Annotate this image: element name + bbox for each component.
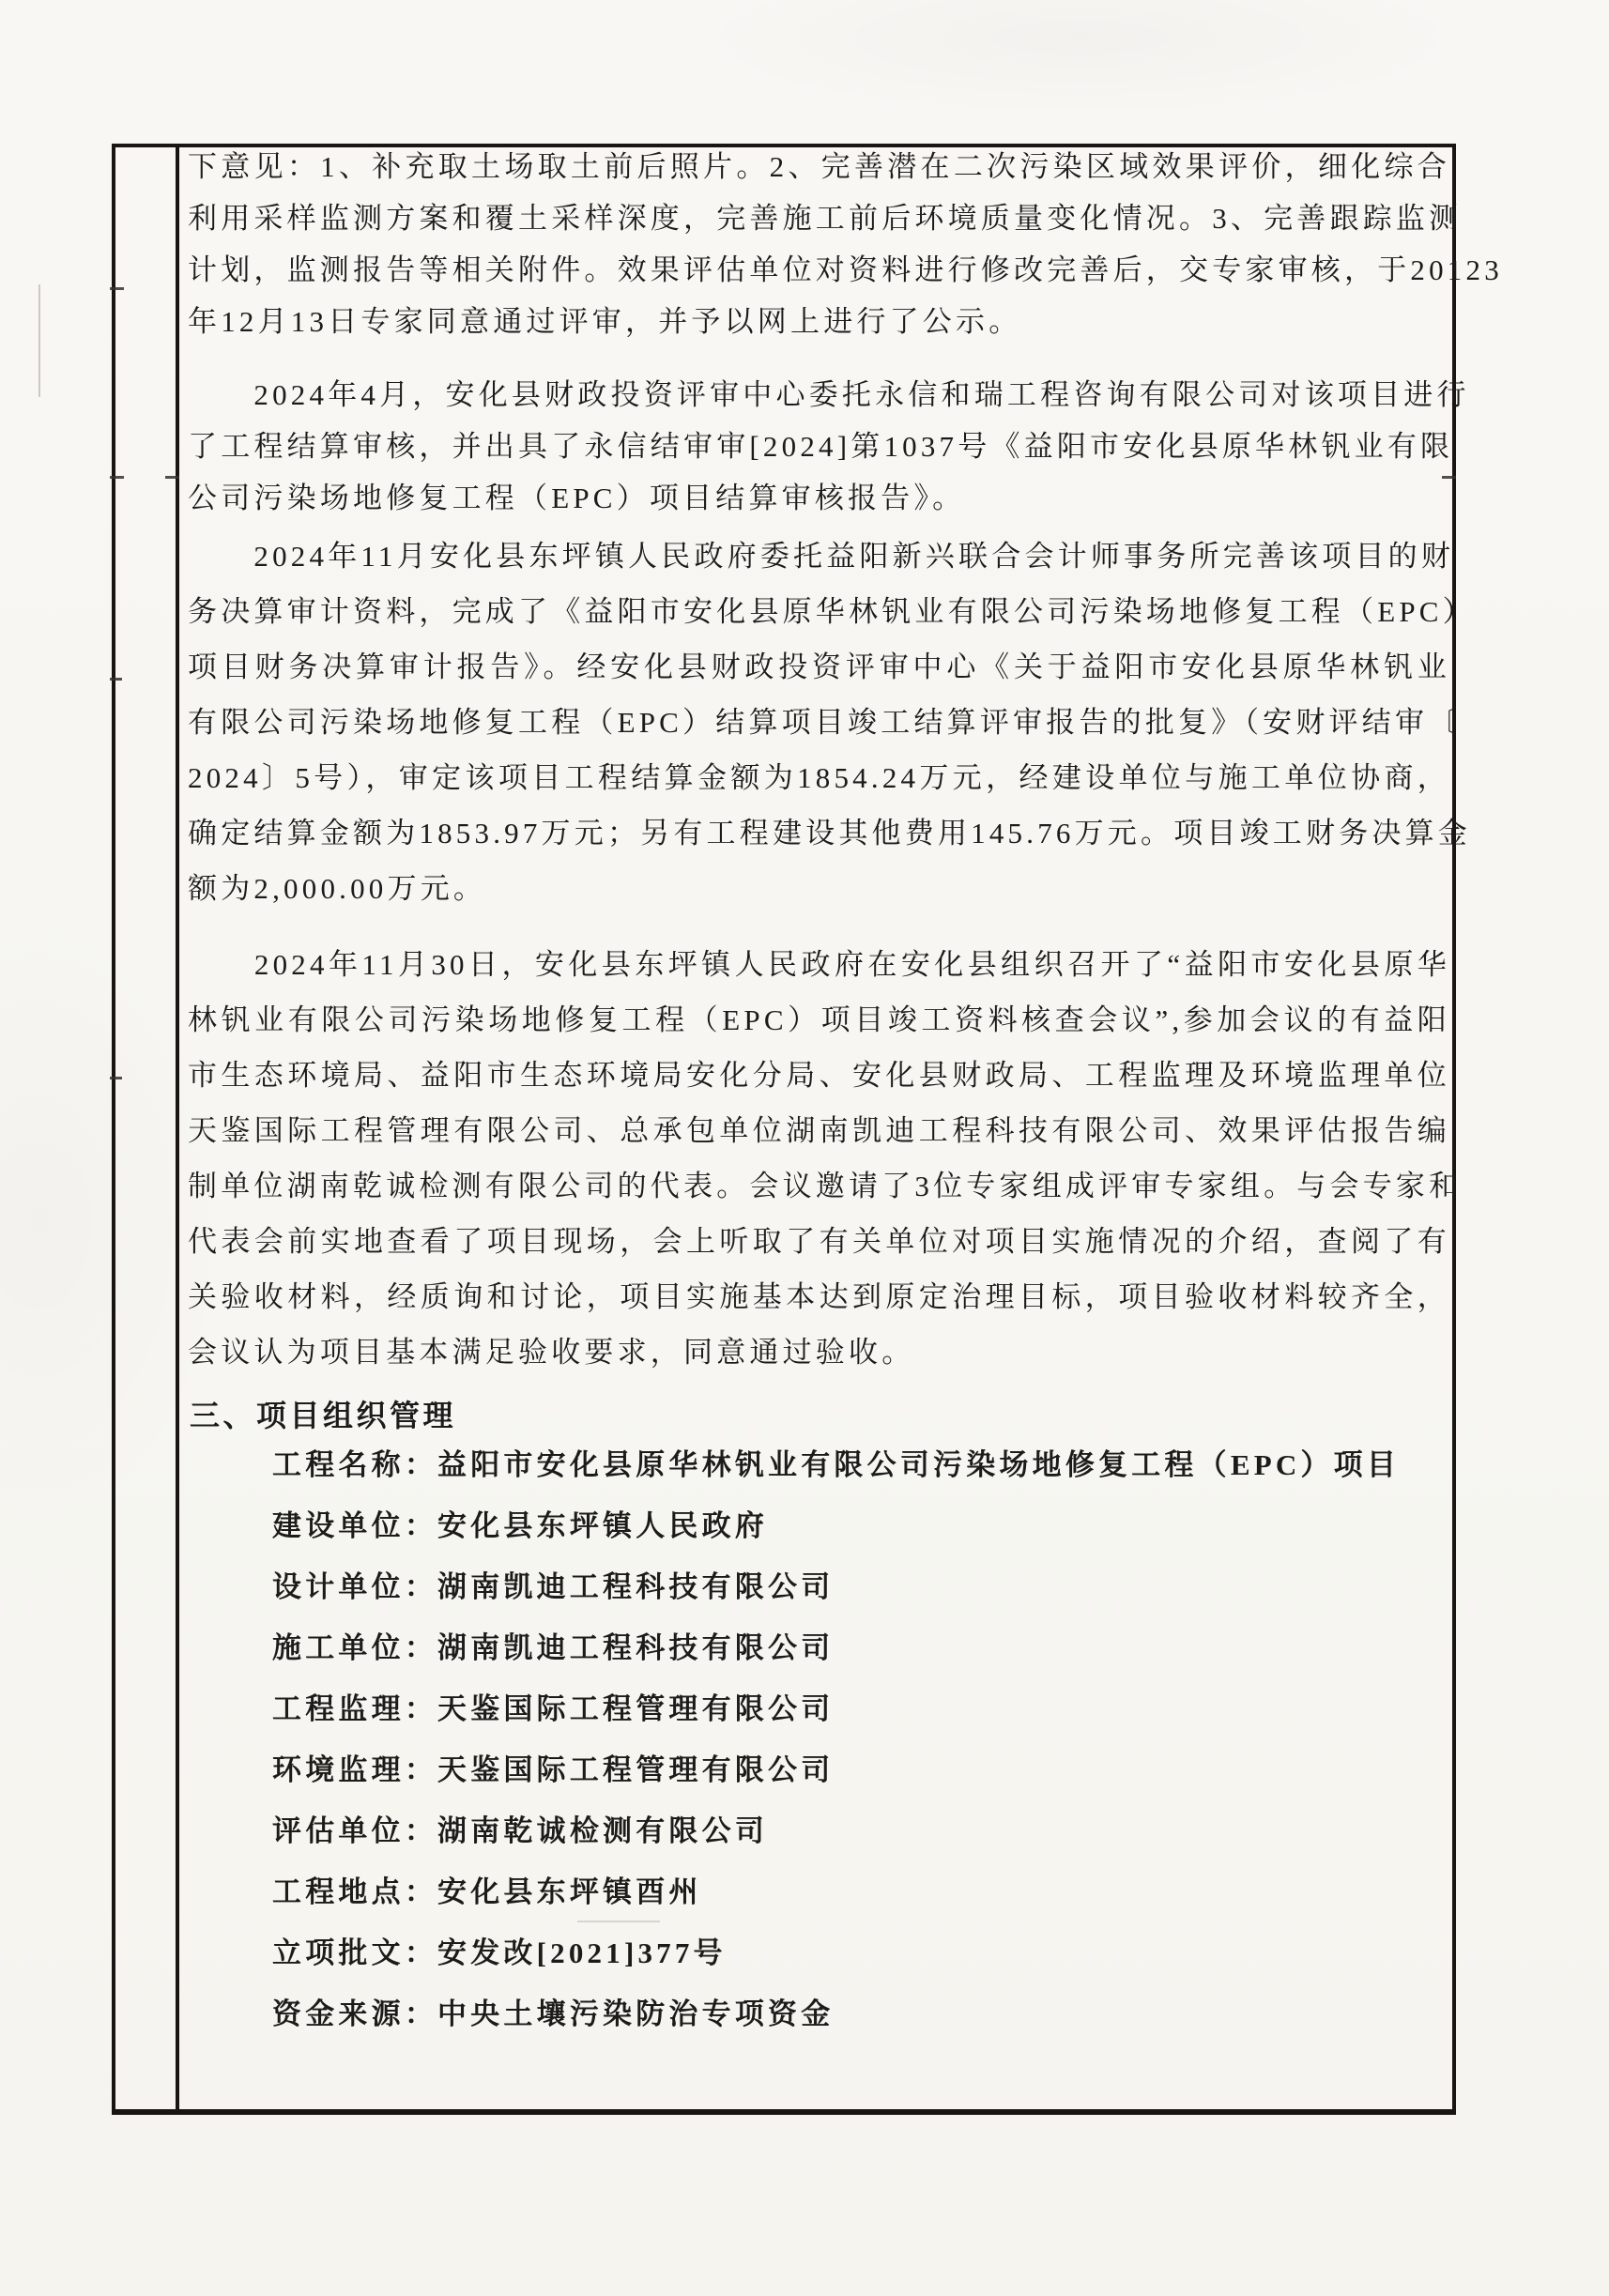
info-colon: ： [405,1753,437,1786]
section-heading: 三、项目组织管理 [190,1397,1450,1434]
paragraph: 下意见：1、补充取土场取土前后照片。2、完善潜在二次污染区域效果评价，细化综合利… [188,141,1450,347]
body-paragraphs: 下意见：1、补充取土场取土前后照片。2、完善潜在二次污染区域效果评价，细化综合利… [188,141,1450,1380]
info-label: 施工单位 [272,1631,405,1664]
scan-artifact-line [38,284,40,397]
paragraph: 2024年11月30日，安化县东坪镇人民政府在安化县组织召开了“益阳市安化县原华… [188,937,1450,1380]
paragraph-line: 确定结算金额为1853.97万元；另有工程建设其他费用145.76万元。项目竣工… [188,805,1450,861]
paragraph-line: 制单位湖南乾诚检测有限公司的代表。会议邀请了3位专家组成评审专家组。与会专家和 [188,1158,1450,1214]
info-label: 资金来源 [272,1998,405,2030]
info-value: 天鉴国际工程管理有限公司 [437,1692,834,1725]
info-label: 评估单位 [272,1814,405,1847]
info-value: 益阳市安化县原华林钒业有限公司污染场地修复工程（EPC）项目 [437,1448,1400,1481]
paragraph-line: 年12月13日专家同意通过评审，并予以网上进行了公示。 [188,296,1450,347]
paragraph-line: 有限公司污染场地修复工程（EPC）结算项目竣工结算评审报告的批复》（安财评结审〔 [188,695,1450,750]
paragraph-line: 利用采样监测方案和覆土采样深度，完善施工前后环境质量变化情况。3、完善跟踪监测 [188,192,1450,244]
info-colon: ： [405,1692,437,1725]
paragraph-line: 会议认为项目基本满足验收要求，同意通过验收。 [188,1324,1450,1380]
scan-tick-mark [110,1077,122,1079]
scan-tick-mark [110,476,124,479]
info-value: 安化县东坪镇人民政府 [437,1509,768,1542]
project-info-item: 资金来源：中央土壤污染防治专项资金 [272,1983,1450,2044]
info-label: 立项批文 [272,1936,405,1969]
paragraph-line: 天鉴国际工程管理有限公司、总承包单位湖南凯迪工程科技有限公司、效果评估报告编 [188,1103,1450,1158]
info-colon: ： [405,1631,437,1664]
paragraph: 2024年4月，安化县财政投资评审中心委托永信和瑞工程咨询有限公司对该项目进行了… [188,369,1450,524]
paragraph-line: 额为2,000.00万元。 [188,861,1450,916]
info-colon: ： [405,1509,437,1542]
info-colon: ： [405,1936,437,1969]
paragraph-line: 林钒业有限公司污染场地修复工程（EPC）项目竣工资料核查会议”,参加会议的有益阳 [188,992,1450,1048]
paragraph-line: 计划，监测报告等相关附件。效果评估单位对资料进行修改完善后，交专家审核，于201… [188,244,1450,296]
project-info-item: 立项批文：安发改[2021]377号 [272,1922,1450,1983]
project-info-item: 工程名称：益阳市安化县原华林钒业有限公司污染场地修复工程（EPC）项目 [272,1434,1450,1495]
paragraph-line: 2024年11月安化县东坪镇人民政府委托益阳新兴联合会计师事务所完善该项目的财 [188,528,1450,584]
project-info-item: 评估单位：湖南乾诚检测有限公司 [272,1800,1450,1861]
paragraph-line: 2024年4月，安化县财政投资评审中心委托永信和瑞工程咨询有限公司对该项目进行 [188,369,1450,421]
project-info-item: 建设单位：安化县东坪镇人民政府 [272,1495,1450,1556]
scan-tick-mark [165,476,179,479]
scan-tick-mark [110,287,124,290]
paragraph-line: 关验收材料，经质询和讨论，项目实施基本达到原定治理目标，项目验收材料较齐全， [188,1269,1450,1324]
info-colon: ： [405,1570,437,1603]
table-column-divider [176,144,179,2115]
paragraph-line: 2024〕5号），审定该项目工程结算金额为1854.24万元，经建设单位与施工单… [188,750,1450,805]
project-info-item: 施工单位：湖南凯迪工程科技有限公司 [272,1617,1450,1678]
project-info-item: 环境监理：天鉴国际工程管理有限公司 [272,1739,1450,1800]
info-colon: ： [405,1814,437,1847]
info-value: 安化县东坪镇酉州 [437,1875,702,1908]
info-label: 工程监理 [272,1692,405,1725]
paragraph-line: 下意见：1、补充取土场取土前后照片。2、完善潜在二次污染区域效果评价，细化综合 [188,141,1450,192]
paragraph-line: 项目财务决算审计报告》。经安化县财政投资评审中心《关于益阳市安化县原华林钒业 [188,639,1450,695]
info-label: 环境监理 [272,1753,405,1786]
project-info-item: 设计单位：湖南凯迪工程科技有限公司 [272,1556,1450,1617]
info-value: 天鉴国际工程管理有限公司 [437,1753,834,1786]
info-label: 设计单位 [272,1570,405,1603]
paragraph-line: 市生态环境局、益阳市生态环境局安化分局、安化县财政局、工程监理及环境监理单位 [188,1048,1450,1103]
table-cell-content: 下意见：1、补充取土场取土前后照片。2、完善潜在二次污染区域效果评价，细化综合利… [188,141,1450,2044]
info-value: 安发改[2021]377号 [437,1936,727,1969]
info-colon: ： [405,1998,437,2030]
info-colon: ： [405,1448,437,1481]
paragraph-line: 务决算审计资料，完成了《益阳市安化县原华林钒业有限公司污染场地修复工程（EPC） [188,584,1450,639]
paragraph-line: 代表会前实地查看了项目现场，会上听取了有关单位对项目实施情况的介绍，查阅了有 [188,1214,1450,1269]
info-value: 湖南乾诚检测有限公司 [437,1814,768,1847]
info-value: 湖南凯迪工程科技有限公司 [437,1570,834,1603]
info-value: 湖南凯迪工程科技有限公司 [437,1631,834,1664]
paragraph-line: 了工程结算审核，并出具了永信结审审[2024]第1037号《益阳市安化县原华林钒… [188,421,1450,472]
project-info-item: 工程监理：天鉴国际工程管理有限公司 [272,1678,1450,1739]
project-info-item: 工程地点：安化县东坪镇酉州 [272,1861,1450,1922]
scanned-document-page: 下意见：1、补充取土场取土前后照片。2、完善潜在二次污染区域效果评价，细化综合利… [0,0,1609,2296]
scan-tick-mark [110,678,122,681]
info-label: 建设单位 [272,1509,405,1542]
info-label: 工程名称 [272,1448,405,1481]
info-label: 工程地点 [272,1875,405,1908]
project-info-list: 工程名称：益阳市安化县原华林钒业有限公司污染场地修复工程（EPC）项目建设单位：… [272,1434,1450,2044]
paragraph-line: 2024年11月30日，安化县东坪镇人民政府在安化县组织召开了“益阳市安化县原华 [188,937,1450,992]
info-value: 中央土壤污染防治专项资金 [437,1998,834,2030]
paragraph-line: 公司污染场地修复工程（EPC）项目结算审核报告》。 [188,472,1450,524]
info-colon: ： [405,1875,437,1908]
paragraph: 2024年11月安化县东坪镇人民政府委托益阳新兴联合会计师事务所完善该项目的财务… [188,528,1450,916]
